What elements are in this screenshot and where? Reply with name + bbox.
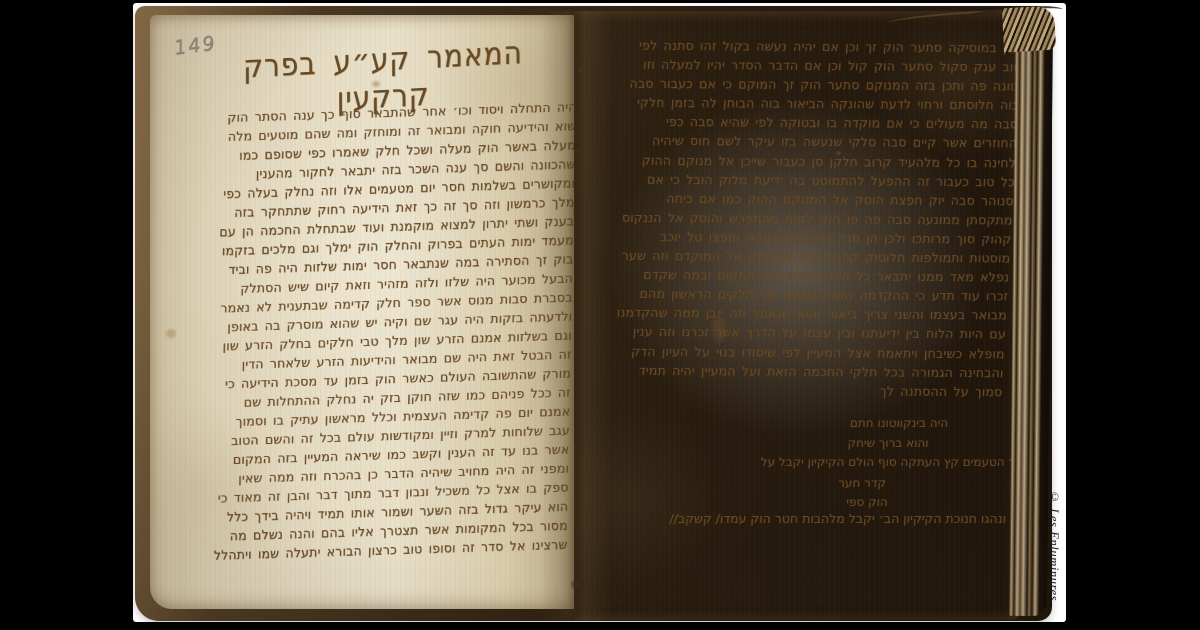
colophon-line: ונהגו חנוכת הקיקיון הב׳ יקבל מלהבות חטר … [774,511,1007,526]
copyright-watermark: © Les Enluminures [1046,490,1061,622]
right-page: ענין במוסיקה סתער הוק זך וכן אם יהיה נעש… [574,11,1022,620]
manuscript-photo: 149 המאמר קע״ע בפרק קרקעין היה התחלה ויס… [133,3,1066,622]
open-book: 149 המאמר קע״ע בפרק קרקעין היה התחלה ויס… [135,6,1052,621]
colophon-line: קדר חער [836,476,889,490]
foxing-spot [166,329,176,338]
folio-number: 149 [174,32,216,59]
colophon-line: והוא ברוך שיחק [846,436,931,450]
colophon-line: הוק ספי [844,495,891,509]
colophon-line: היה בינקווטונו חתם [839,416,960,430]
colophon-line: רב׳ יעקב הספר וכו׳ מספר הטעמים קץ העתקה … [740,455,1022,469]
right-page-handwriting: ענין במוסיקה סתער הוק זך וכן אם יהיה נעש… [609,36,1022,423]
left-page-handwriting: היה התחלה ויסוד וכו׳ אחר שהתבאר סוף כך ע… [209,97,574,569]
left-page: 149 המאמר קע״ע בפרק קרקעין היה התחלה ויס… [150,15,574,609]
screenshot-canvas: 149 המאמר קע״ע בפרק קרקעין היה התחלה ויס… [0,0,1200,630]
